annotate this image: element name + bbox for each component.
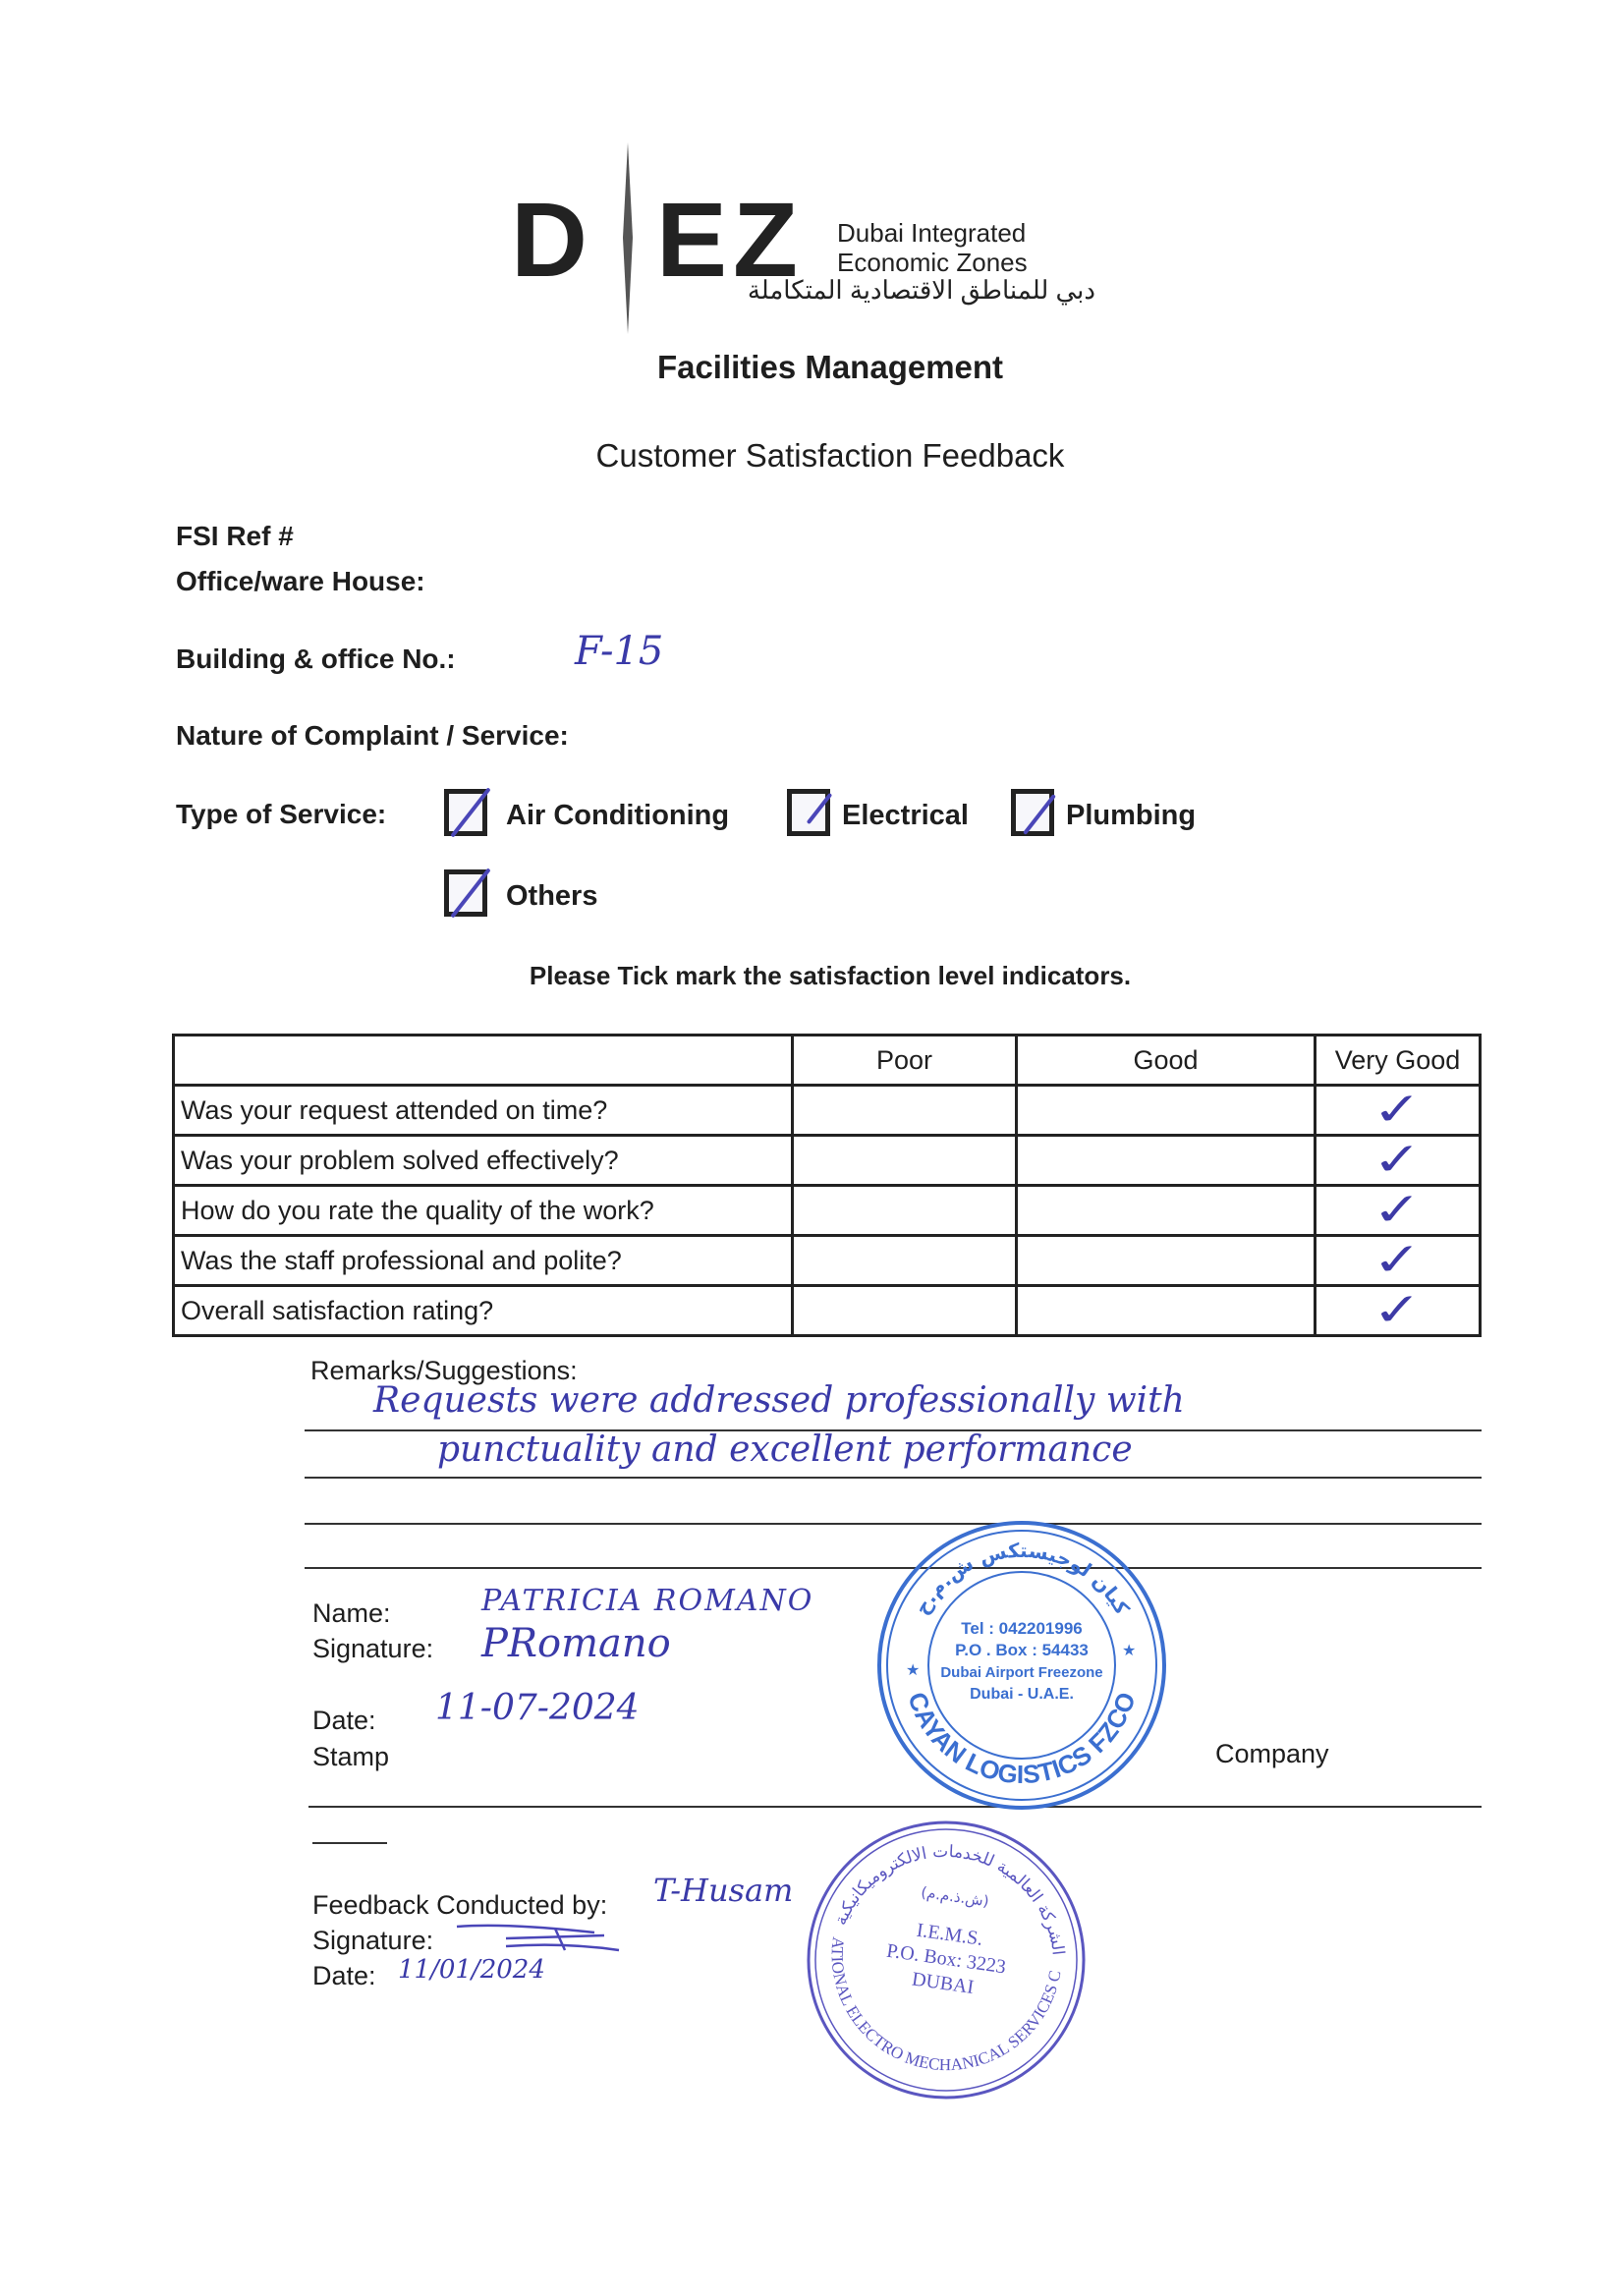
svg-text:Dubai Airport Freezone: Dubai Airport Freezone bbox=[940, 1664, 1102, 1681]
customer-signature-label: Signature: bbox=[312, 1631, 433, 1667]
logo-english-name: Dubai Integrated Economic Zones bbox=[837, 218, 1028, 277]
rating-cell-poor[interactable] bbox=[793, 1136, 1017, 1186]
short-rule bbox=[312, 1842, 387, 1844]
cayan-logistics-stamp: كيان لوجيستكس ش.م.ح CAYAN LOGISTICS FZCO… bbox=[874, 1518, 1169, 1813]
rating-cell-very-good[interactable]: ✓ bbox=[1316, 1286, 1481, 1336]
header-good: Good bbox=[1017, 1036, 1316, 1086]
remarks-rule-2 bbox=[305, 1477, 1482, 1479]
logo-spike-icon bbox=[622, 142, 634, 334]
logo-letter-d: D bbox=[511, 187, 593, 293]
department-title: Facilities Management bbox=[0, 349, 1624, 386]
conducted-by-label: Feedback Conducted by: bbox=[312, 1887, 607, 1924]
checkbox-electrical[interactable] bbox=[787, 789, 830, 836]
iems-stamp: الشركة العالمية للخدمات الالكتروميكانيكي… bbox=[785, 1799, 1107, 2121]
rating-cell-good[interactable] bbox=[1017, 1136, 1316, 1186]
satisfaction-table: Poor Good Very Good Was your request att… bbox=[172, 1034, 1482, 1337]
svg-text:★: ★ bbox=[906, 1662, 920, 1679]
checkbox-plumbing[interactable] bbox=[1011, 789, 1054, 836]
rating-cell-poor[interactable] bbox=[793, 1236, 1017, 1286]
check-mark-icon bbox=[807, 793, 833, 824]
question-cell: Was the staff professional and polite? bbox=[174, 1236, 793, 1286]
fsi-ref-label: FSI Ref # bbox=[176, 521, 294, 552]
rating-cell-good[interactable] bbox=[1017, 1286, 1316, 1336]
service-air-conditioning-label: Air Conditioning bbox=[506, 800, 729, 832]
rating-cell-poor[interactable] bbox=[793, 1286, 1017, 1336]
checkbox-others[interactable] bbox=[444, 869, 487, 917]
rating-cell-poor[interactable] bbox=[793, 1086, 1017, 1136]
remarks-line-1[interactable]: Requests were addressed professionally w… bbox=[373, 1380, 1185, 1421]
check-mark-icon bbox=[450, 868, 490, 918]
question-cell: Was your request attended on time? bbox=[174, 1086, 793, 1136]
conductor-signature-label: Signature: bbox=[312, 1923, 433, 1959]
check-mark-icon: ✓ bbox=[1371, 1237, 1425, 1283]
table-row: Was the staff professional and polite?✓ bbox=[174, 1236, 1481, 1286]
service-type-label: Type of Service: bbox=[176, 799, 386, 830]
check-mark-icon bbox=[1023, 794, 1056, 835]
customer-name-value[interactable]: PATRICIA ROMANO bbox=[481, 1584, 813, 1618]
rating-cell-good[interactable] bbox=[1017, 1086, 1316, 1136]
remarks-line-2[interactable]: punctuality and excellent performance bbox=[437, 1429, 1133, 1470]
check-mark-icon bbox=[450, 787, 490, 837]
check-mark-icon: ✓ bbox=[1371, 1087, 1425, 1133]
svg-text:DUBAI: DUBAI bbox=[911, 1968, 976, 1998]
office-warehouse-label: Office/ware House: bbox=[176, 566, 425, 597]
service-others-label: Others bbox=[506, 880, 597, 913]
customer-name-label: Name: bbox=[312, 1596, 391, 1632]
conductor-date-label: Date: bbox=[312, 1958, 376, 1994]
building-office-value[interactable]: F-15 bbox=[575, 629, 663, 674]
question-cell: Overall satisfaction rating? bbox=[174, 1286, 793, 1336]
conducted-by-value[interactable]: T-Husam bbox=[653, 1872, 793, 1909]
conductor-date-value[interactable]: 11/01/2024 bbox=[398, 1955, 545, 1985]
rating-cell-poor[interactable] bbox=[793, 1186, 1017, 1236]
table-header-row: Poor Good Very Good bbox=[174, 1036, 1481, 1086]
svg-text:Tel : 042201996: Tel : 042201996 bbox=[961, 1619, 1083, 1638]
rating-cell-very-good[interactable]: ✓ bbox=[1316, 1236, 1481, 1286]
question-cell: How do you rate the quality of the work? bbox=[174, 1186, 793, 1236]
svg-text:(ش.ذ.م.م): (ش.ذ.م.م) bbox=[920, 1883, 989, 1911]
rating-cell-very-good[interactable]: ✓ bbox=[1316, 1086, 1481, 1136]
customer-signature[interactable]: PRomano bbox=[481, 1621, 671, 1666]
rating-cell-very-good[interactable]: ✓ bbox=[1316, 1136, 1481, 1186]
check-mark-icon: ✓ bbox=[1371, 1287, 1425, 1333]
header-question bbox=[174, 1036, 793, 1086]
service-electrical-label: Electrical bbox=[842, 800, 969, 832]
instruction-text: Please Tick mark the satisfaction level … bbox=[0, 961, 1624, 991]
customer-date-value[interactable]: 11-07-2024 bbox=[435, 1688, 640, 1728]
table-row: Overall satisfaction rating?✓ bbox=[174, 1286, 1481, 1336]
svg-text:P.O . Box : 54433: P.O . Box : 54433 bbox=[955, 1641, 1089, 1659]
checkbox-air-conditioning[interactable] bbox=[444, 789, 487, 836]
rating-cell-good[interactable] bbox=[1017, 1186, 1316, 1236]
conductor-signature[interactable] bbox=[447, 1921, 624, 1955]
rating-cell-good[interactable] bbox=[1017, 1236, 1316, 1286]
header-poor: Poor bbox=[793, 1036, 1017, 1086]
customer-date-label: Date: bbox=[312, 1703, 376, 1739]
check-mark-icon: ✓ bbox=[1371, 1187, 1425, 1233]
check-mark-icon: ✓ bbox=[1371, 1137, 1425, 1183]
form-title: Customer Satisfaction Feedback bbox=[0, 437, 1624, 475]
nature-complaint-label: Nature of Complaint / Service: bbox=[176, 720, 569, 752]
service-plumbing-label: Plumbing bbox=[1066, 800, 1196, 832]
svg-text:Dubai - U.A.E.: Dubai - U.A.E. bbox=[970, 1686, 1074, 1703]
table-row: Was your problem solved effectively?✓ bbox=[174, 1136, 1481, 1186]
table-row: How do you rate the quality of the work?… bbox=[174, 1186, 1481, 1236]
svg-text:★: ★ bbox=[1122, 1643, 1136, 1659]
question-cell: Was your problem solved effectively? bbox=[174, 1136, 793, 1186]
company-label: Company bbox=[1215, 1739, 1329, 1769]
building-office-label: Building & office No.: bbox=[176, 644, 456, 675]
logo-arabic-name: دبي للمناطق الاقتصادية المتكاملة bbox=[698, 275, 1095, 306]
stamp-label: Stamp bbox=[312, 1739, 389, 1775]
svg-text:كيان لوجيستكس ش.م.ح: كيان لوجيستكس ش.م.ح bbox=[910, 1539, 1135, 1619]
rating-cell-very-good[interactable]: ✓ bbox=[1316, 1186, 1481, 1236]
svg-text:CAYAN LOGISTICS FZCO: CAYAN LOGISTICS FZCO bbox=[902, 1688, 1142, 1789]
header-very-good: Very Good bbox=[1316, 1036, 1481, 1086]
table-row: Was your request attended on time?✓ bbox=[174, 1086, 1481, 1136]
